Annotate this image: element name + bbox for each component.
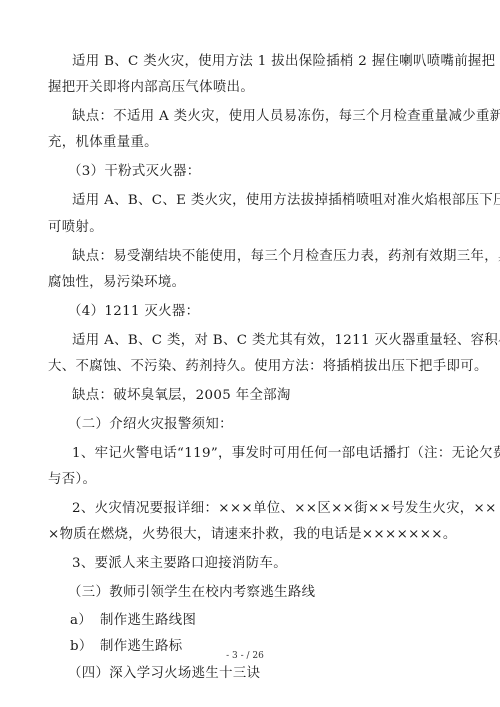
list-item: a）制作逃生路线图: [70, 611, 196, 631]
paragraph-line: 缺点：易受潮结块不能使用，每三个月检查压力表，药剂有效期三年，具: [72, 247, 452, 267]
paragraph-line: （4）1211 灭火器：: [68, 302, 199, 322]
paragraph-line: 充，机体重量重。: [48, 133, 158, 153]
paragraph-line: 适用 B、C 类火灾，使用方法 1 拔出保险插梢 2 握住喇叭喷嘴前握把 3 压…: [72, 52, 452, 72]
paragraph-line: ×物质在燃烧，火势很大，请速来扑救，我的电话是×××××××。: [48, 525, 457, 545]
paragraph-line: 与否）。: [48, 470, 96, 490]
page-number: - 3 - / 26: [0, 651, 490, 661]
paragraph-line: 适用 A、B、C 类，对 B、C 类尤其有效，1211 灭火器重量轻、容积小、效…: [72, 331, 452, 351]
paragraph-line: 可喷射。: [48, 218, 103, 238]
paragraph-line: 握把开关即将内部高压气体喷出。: [48, 78, 254, 98]
paragraph-line: （三）教师引领学生在校内考察逃生路线: [68, 583, 315, 603]
paragraph-line: （二）介绍火灾报警须知：: [68, 415, 233, 435]
paragraph-line: 缺点：破坏臭氧层，2005 年全部淘: [72, 386, 291, 406]
list-item-label: a）: [70, 611, 100, 631]
paragraph-line: 3、要派人来主要路口迎接消防车。: [72, 554, 287, 574]
paragraph-line: 1、牢记火警电话“119”，事发时可用任何一部电话播打（注：无论欠费: [72, 444, 452, 464]
paragraph-line: （3）干粉式灭火器：: [68, 162, 201, 182]
paragraph-line: 缺点：不适用 A 类火灾，使用人员易冻伤，每三个月检查重量减少重新灌: [72, 107, 452, 127]
paragraph-line: 大、不腐蚀、不污染、药剂持久。使用方法：将插梢拔出压下把手即可。: [48, 357, 488, 377]
list-item-text: 制作逃生路线图: [100, 613, 196, 628]
document-page: 适用 B、C 类火灾，使用方法 1 拔出保险插梢 2 握住喇叭喷嘴前握把 3 压…: [0, 0, 500, 707]
paragraph-line: 腐蚀性，易污染环境。: [48, 273, 185, 293]
paragraph-line: 2、火灾情况要报详细：×××单位、××区××街××号发生火灾，××: [72, 499, 452, 519]
paragraph-line: 适用 A、B、C、E 类火灾，使用方法拔掉插梢喷咀对准火焰根部压下压把即: [72, 191, 452, 211]
section-heading: （四）深入学习火场逃生十三诀: [68, 664, 260, 684]
